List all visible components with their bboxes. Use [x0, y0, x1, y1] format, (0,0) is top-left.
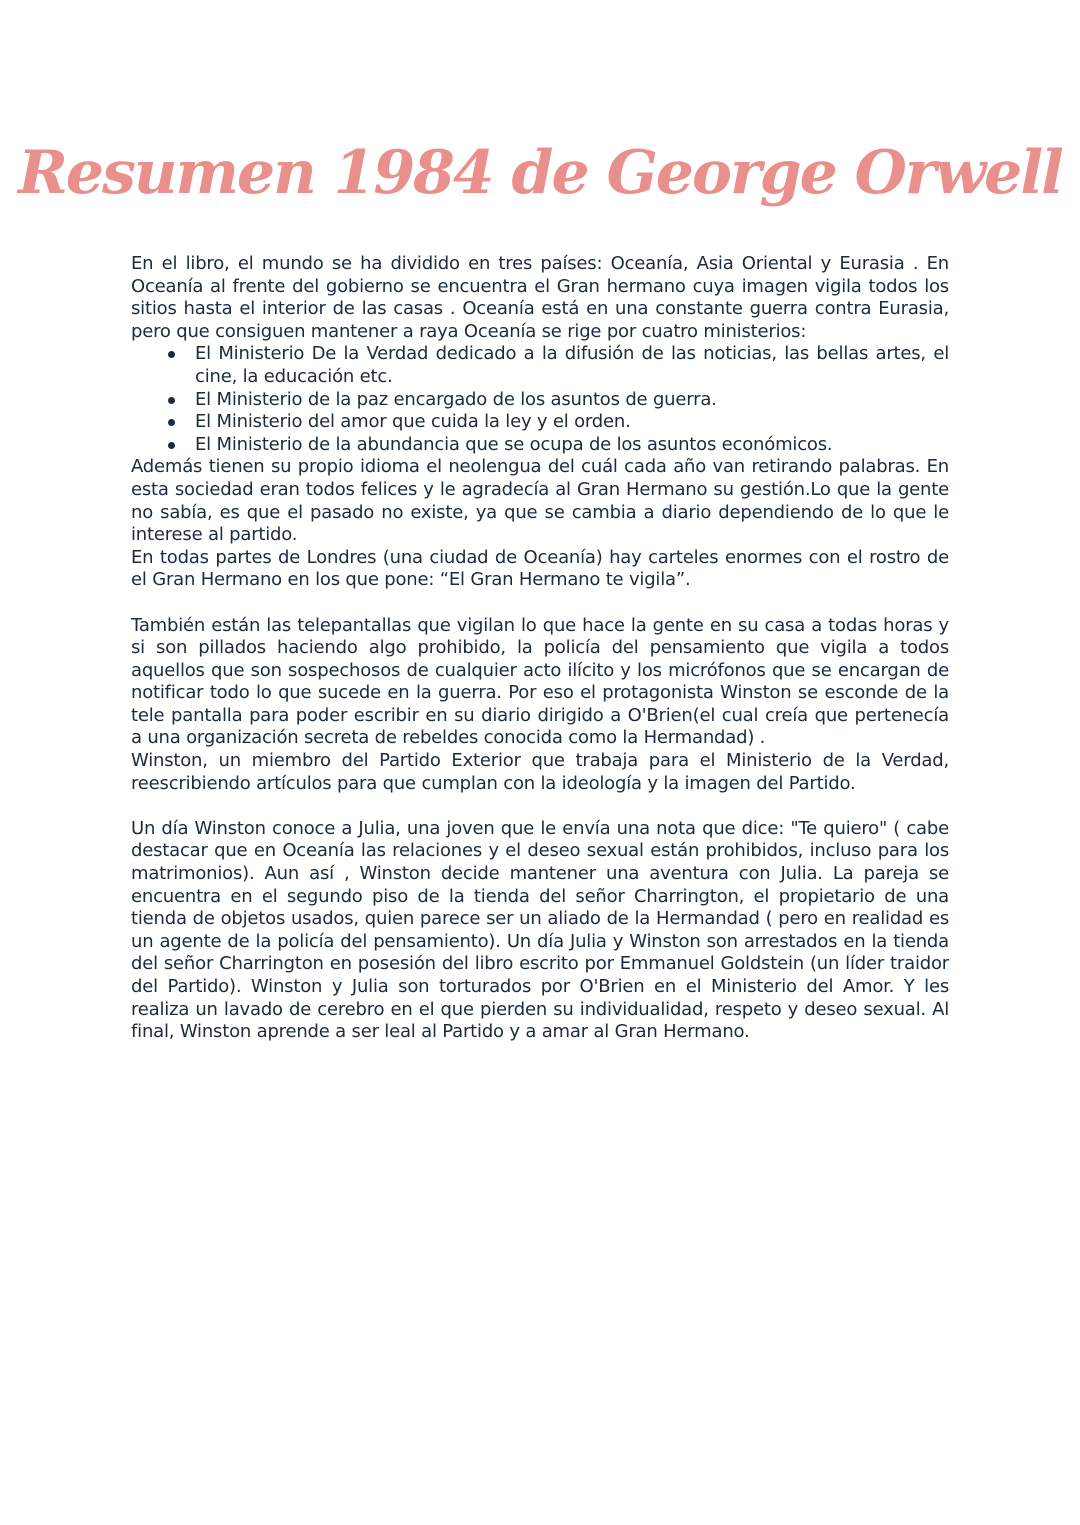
bullet-icon [168, 419, 175, 426]
document-body: En el libro, el mundo se ha dividido en … [131, 253, 949, 1044]
list-item: El Ministerio de la abundancia que se oc… [195, 434, 949, 457]
paragraph-julia: Un día Winston conoce a Julia, una joven… [131, 818, 949, 1044]
list-item: El Ministerio de la paz encargado de los… [195, 389, 949, 412]
paragraph-londres: En todas partes de Londres (una ciudad d… [131, 547, 949, 592]
list-item-text: El Ministerio de la paz encargado de los… [195, 389, 717, 410]
bullet-icon [168, 397, 175, 404]
list-item-text: El Ministerio de la abundancia que se oc… [195, 434, 832, 455]
list-item-text: El Ministerio del amor que cuida la ley … [195, 411, 631, 432]
list-item-text: El Ministerio De la Verdad dedicado a la… [195, 343, 949, 387]
paragraph-neolengua: Además tienen su propio idioma el neolen… [131, 456, 949, 546]
ministries-list: El Ministerio De la Verdad dedicado a la… [131, 343, 949, 456]
bullet-icon [168, 351, 175, 358]
document-title: Resumen 1984 de George Orwell [0, 133, 1080, 213]
paragraph-intro: En el libro, el mundo se ha dividido en … [131, 253, 949, 343]
paragraph-winston: Winston, un miembro del Partido Exterior… [131, 750, 949, 795]
bullet-icon [168, 442, 175, 449]
paragraph-telepantallas: También están las telepantallas que vigi… [131, 615, 949, 751]
list-item: El Ministerio del amor que cuida la ley … [195, 411, 949, 434]
list-item: El Ministerio De la Verdad dedicado a la… [195, 343, 949, 388]
